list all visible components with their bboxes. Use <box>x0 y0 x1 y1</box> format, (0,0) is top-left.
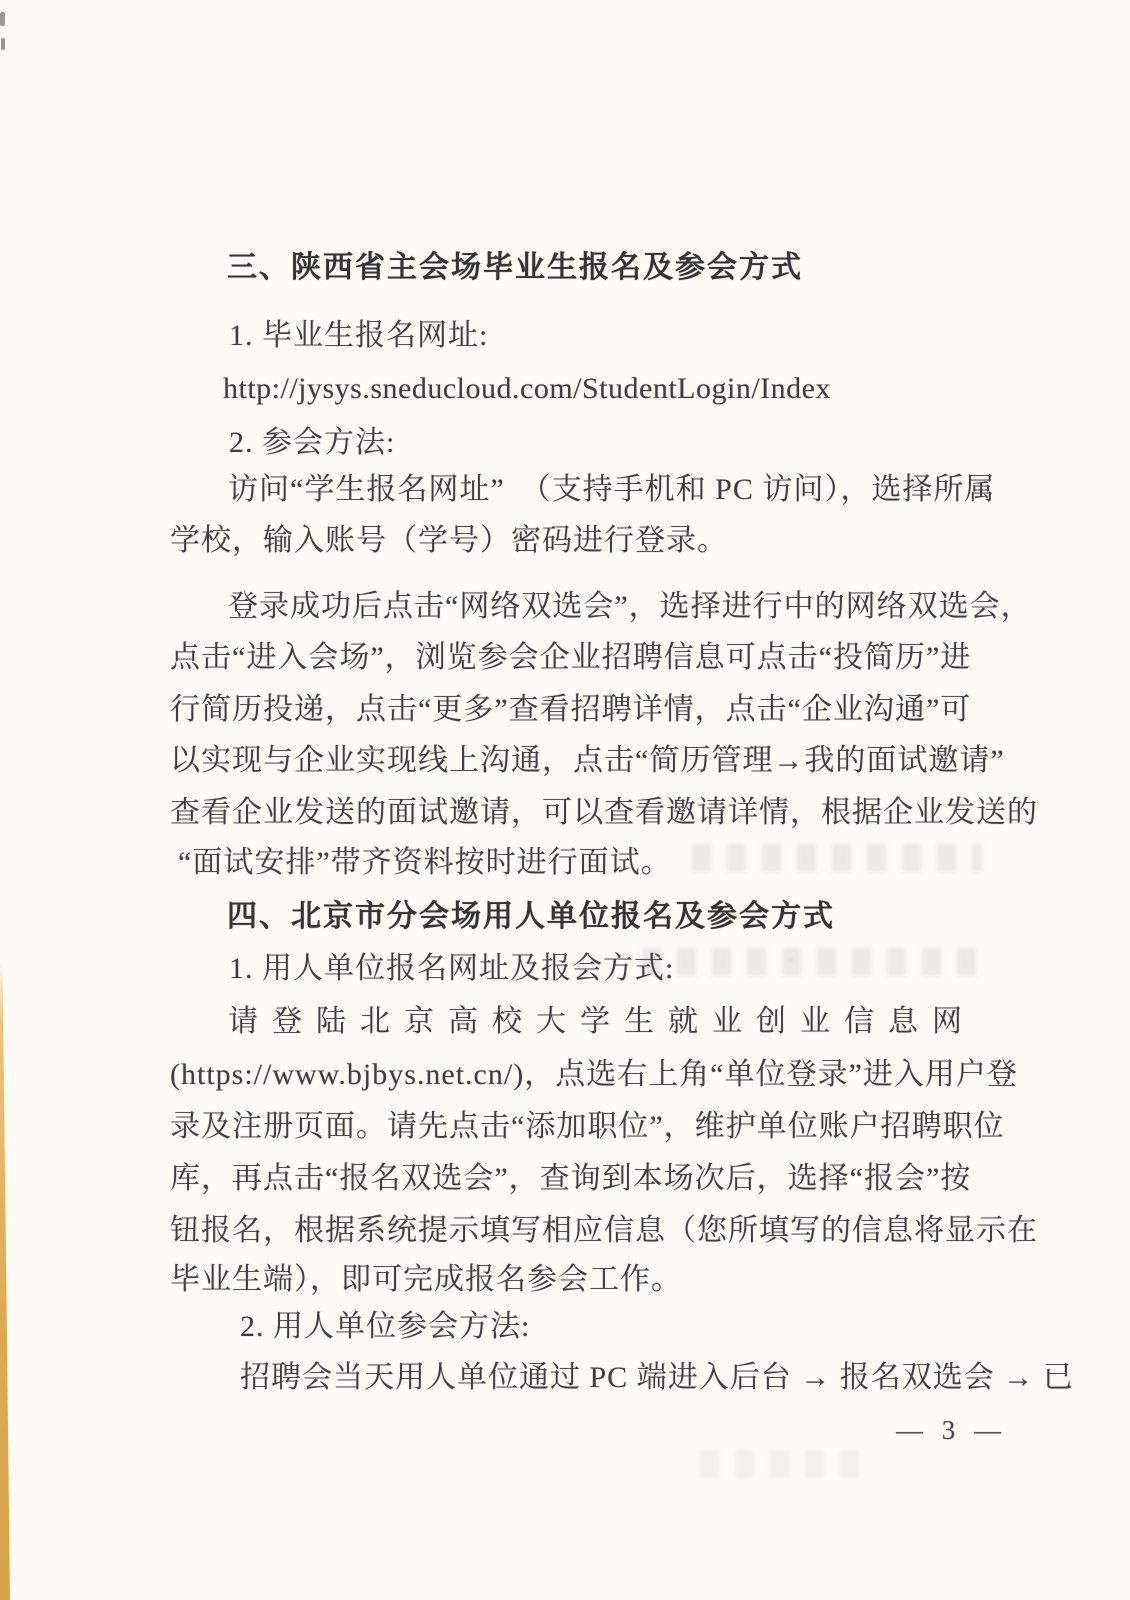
section-heading-3: 三、陕西省主会场毕业生报名及参会方式 <box>227 248 803 289</box>
ink-bleed-artifact <box>692 844 982 872</box>
ink-bleed-artifact <box>642 948 986 976</box>
section-heading-4: 四、北京市分会场用人单位报名及参会方式 <box>227 897 835 938</box>
ink-bleed-artifact <box>700 1450 870 1478</box>
paragraph-line: 点击“进入会场”，浏览参会企业招聘信息可点击“投简历”进 <box>170 638 971 679</box>
item-1-student-url-label: 1. 毕业生报名网址: <box>229 316 488 357</box>
paragraph-line: 登录成功后点击“网络双选会”，选择进行中的网络双选会， <box>228 587 1032 628</box>
paragraph-line: 学校，输入账号（学号）密码进行登录。 <box>170 521 728 562</box>
paragraph-line: 钮报名，根据系统提示填写相应信息（您所填写的信息将显示在 <box>170 1211 1038 1252</box>
paragraph-line: 以实现与企业实现线上沟通，点击“简历管理→我的面试邀请” <box>170 741 1005 782</box>
paragraph-line: 招聘会当天用人单位通过 PC 端进入后台 → 报名双选会 → 已 <box>240 1358 1074 1399</box>
page-number: — 3 — <box>896 1412 1007 1448</box>
paragraph-line: 行简历投递，点击“更多”查看招聘详情，点击“企业沟通”可 <box>170 690 971 731</box>
paragraph-line: (https://www.bjbys.net.cn/)，点选右上角“单位登录”进… <box>170 1055 1018 1096</box>
item-2-employer-method-label: 2. 用人单位参会方法: <box>240 1307 530 1348</box>
scan-speck-artifact <box>0 12 5 26</box>
item-2-attend-method-label: 2. 参会方法: <box>229 423 395 464</box>
paragraph-line: “面试安排”带齐资料按时进行面试。 <box>178 843 672 884</box>
item-1-employer-url-label: 1. 用人单位报名网址及报会方式: <box>229 949 674 990</box>
paragraph-line: 录及注册页面。请先点击“添加职位”，维护单位账户招聘职位 <box>170 1107 1005 1148</box>
paragraph-line: 请登陆北京高校大学生就业创业信息网 <box>228 1002 976 1043</box>
paragraph-line: 毕业生端），即可完成报名参会工作。 <box>170 1260 682 1301</box>
paragraph-line: 查看企业发送的面试邀请，可以查看邀请详情，根据企业发送的 <box>170 793 1038 834</box>
scan-speck-artifact <box>1 38 5 50</box>
scanned-document-page: 三、陕西省主会场毕业生报名及参会方式1. 毕业生报名网址:http://jysy… <box>0 0 1130 1600</box>
paragraph-line: 库，再点击“报名双选会”，查询到本场次后，选择“报会”按 <box>170 1159 971 1200</box>
scan-edge-artifact <box>0 960 10 1600</box>
student-signup-url: http://jysys.sneducloud.com/StudentLogin… <box>223 369 831 410</box>
paragraph-line: 访问“学生报名网址” （支持手机和 PC 访问），选择所属 <box>228 470 995 511</box>
